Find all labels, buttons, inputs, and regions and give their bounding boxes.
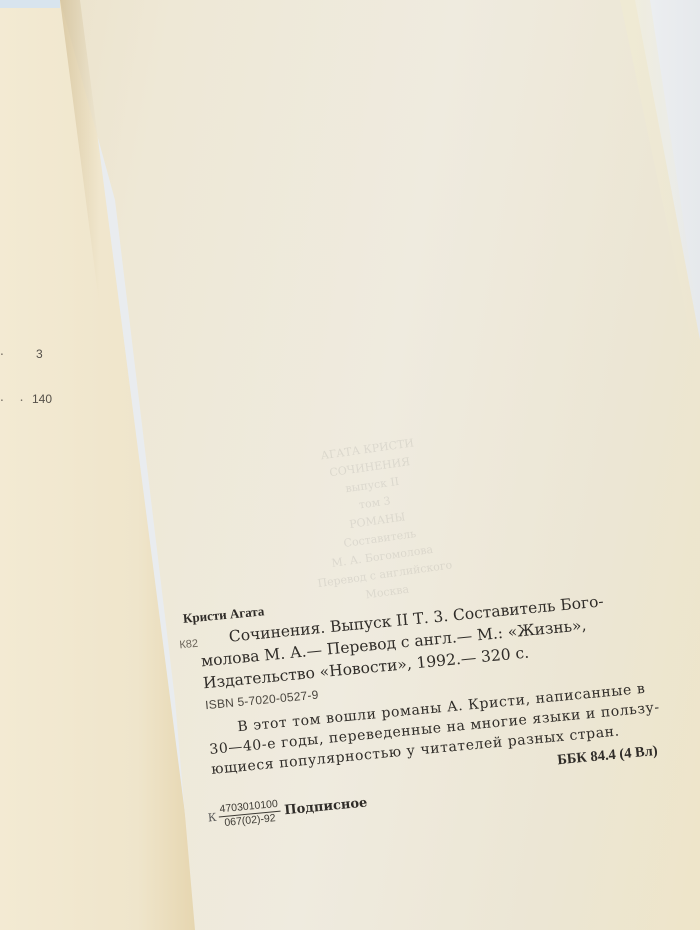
index-letter: К — [207, 806, 218, 829]
subscription-label: Подписное — [283, 792, 368, 822]
toc-page-number: 3 — [36, 347, 43, 361]
left-page-top-gap — [0, 0, 60, 8]
toc-leader-dots: . — [0, 344, 10, 358]
toc-leader-dots: . . — [0, 390, 29, 404]
toc-page-number: 140 — [32, 392, 52, 406]
colophon: Кристи Агата К82 Сочинения. Выпуск II Т.… — [182, 563, 681, 832]
